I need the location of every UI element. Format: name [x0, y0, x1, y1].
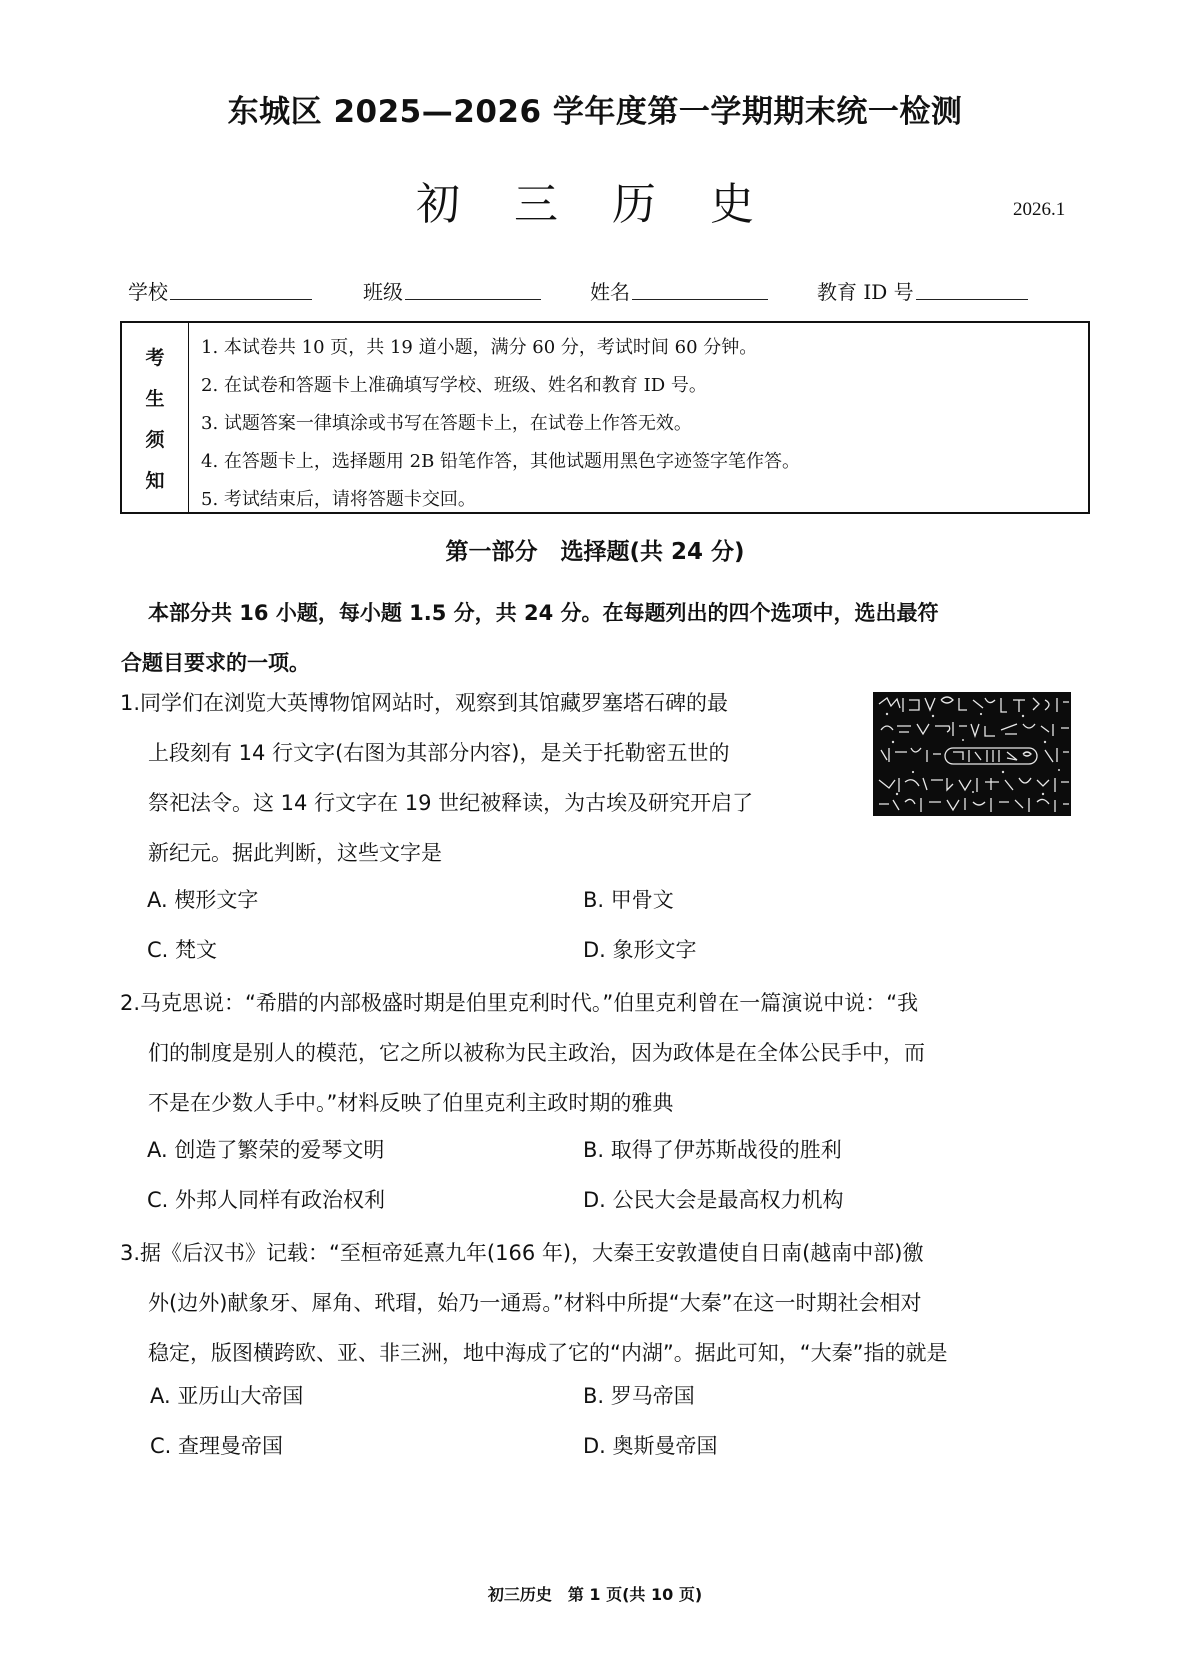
- option-b: B. 甲骨文: [583, 884, 674, 914]
- exam-notice-box: 考 生 须 知 1. 本试卷共 10 页，共 19 道小题，满分 60 分，考试…: [120, 321, 1090, 514]
- education-id-field[interactable]: 教育 ID 号: [817, 276, 1028, 305]
- section-title: 第一部分 选择题(共 24 分): [0, 533, 1190, 566]
- notice-item: 1. 本试卷共 10 页，共 19 道小题，满分 60 分，考试时间 60 分钟…: [201, 329, 1088, 367]
- notice-label-char: 生: [145, 384, 164, 411]
- question-line: 不是在少数人手中。”材料反映了伯里克利主政时期的雅典: [120, 1078, 1080, 1128]
- option-b: B. 取得了伊苏斯战役的胜利: [583, 1134, 842, 1164]
- notice-item: 2. 在试卷和答题卡上准确填写学校、班级、姓名和教育 ID 号。: [201, 367, 1088, 405]
- student-info-fields: 学校 班级 姓名 教育 ID 号: [128, 276, 1068, 306]
- notice-item: 3. 试题答案一律填涂或书写在答题卡上，在试卷上作答无效。: [201, 405, 1088, 443]
- notice-item: 5. 考试结束后，请将答题卡交回。: [201, 481, 1088, 519]
- school-field[interactable]: 学校: [128, 276, 312, 305]
- question-number: 1.: [120, 691, 140, 715]
- notice-item: 4. 在答题卡上，选择题用 2B 铅笔作答，其他试题用黑色字迹签字笔作答。: [201, 443, 1088, 481]
- option-d: D. 公民大会是最高权力机构: [583, 1184, 844, 1214]
- section-instructions: 本部分共 16 小题，每小题 1.5 分，共 24 分。在每题列出的四个选项中，…: [148, 588, 1078, 688]
- notice-label-char: 须: [145, 425, 164, 452]
- option-d: D. 象形文字: [583, 934, 697, 964]
- question-line: 稳定，版图横跨欧、亚、非三洲，地中海成了它的“内湖”。据此可知，“大秦”指的就是: [120, 1328, 1080, 1378]
- notice-label: 考 生 须 知: [122, 323, 189, 512]
- school-input-line[interactable]: [170, 298, 312, 300]
- name-label: 姓名: [590, 280, 630, 304]
- question-line: 们的制度是别人的模范，它之所以被称为民主政治，因为政体是在全体公民手中，而: [120, 1028, 1080, 1078]
- page-footer: 初三历史 第 1 页(共 10 页): [0, 1582, 1190, 1605]
- question-line: 2.马克思说：“希腊的内部极盛时期是伯里克利时代。”伯里克利曾在一篇演说中说：“…: [120, 978, 1080, 1028]
- name-input-line[interactable]: [632, 298, 768, 300]
- exam-title: 东城区 2025—2026 学年度第一学期期末统一检测: [0, 86, 1190, 131]
- school-label: 学校: [128, 280, 168, 304]
- option-b: B. 罗马帝国: [583, 1380, 695, 1410]
- class-input-line[interactable]: [405, 298, 541, 300]
- option-d: D. 奥斯曼帝国: [583, 1430, 718, 1460]
- education-id-input-line[interactable]: [916, 298, 1028, 300]
- education-id-label: 教育 ID 号: [817, 280, 914, 304]
- option-a: A. 楔形文字: [147, 884, 258, 914]
- option-a: A. 创造了繁荣的爱琴文明: [147, 1134, 384, 1164]
- question-line: 外(边外)献象牙、犀角、玳瑁，始乃一通焉。”材料中所提“大秦”在这一时期社会相对: [120, 1278, 1080, 1328]
- class-field[interactable]: 班级: [363, 276, 541, 305]
- class-label: 班级: [363, 280, 403, 304]
- rosetta-stone-image: [873, 692, 1071, 816]
- question-2: 2.马克思说：“希腊的内部极盛时期是伯里克利时代。”伯里克利曾在一篇演说中说：“…: [120, 978, 1080, 1128]
- name-field[interactable]: 姓名: [590, 276, 768, 305]
- instructions-line: 本部分共 16 小题，每小题 1.5 分，共 24 分。在每题列出的四个选项中，…: [148, 588, 1078, 638]
- option-c: C. 梵文: [147, 934, 217, 964]
- question-3: 3.据《后汉书》记载：“至桓帝延熹九年(166 年)，大秦王安敦遣使自日南(越南…: [120, 1228, 1080, 1378]
- question-number: 2.: [120, 991, 140, 1015]
- notice-label-char: 考: [145, 343, 164, 370]
- question-line: 3.据《后汉书》记载：“至桓帝延熹九年(166 年)，大秦王安敦遣使自日南(越南…: [120, 1228, 1080, 1278]
- question-line: 新纪元。据此判断，这些文字是: [120, 828, 1080, 878]
- subject-title: 初 三 历 史: [0, 168, 1190, 232]
- question-number: 3.: [120, 1241, 140, 1265]
- notice-items: 1. 本试卷共 10 页，共 19 道小题，满分 60 分，考试时间 60 分钟…: [189, 323, 1088, 512]
- option-a: A. 亚历山大帝国: [150, 1380, 303, 1410]
- hieroglyphs-icon: [873, 692, 1071, 816]
- exam-date: 2026.1: [1013, 199, 1065, 221]
- notice-label-char: 知: [145, 466, 164, 493]
- option-c: C. 查理曼帝国: [150, 1430, 283, 1460]
- option-c: C. 外邦人同样有政治权利: [147, 1184, 385, 1214]
